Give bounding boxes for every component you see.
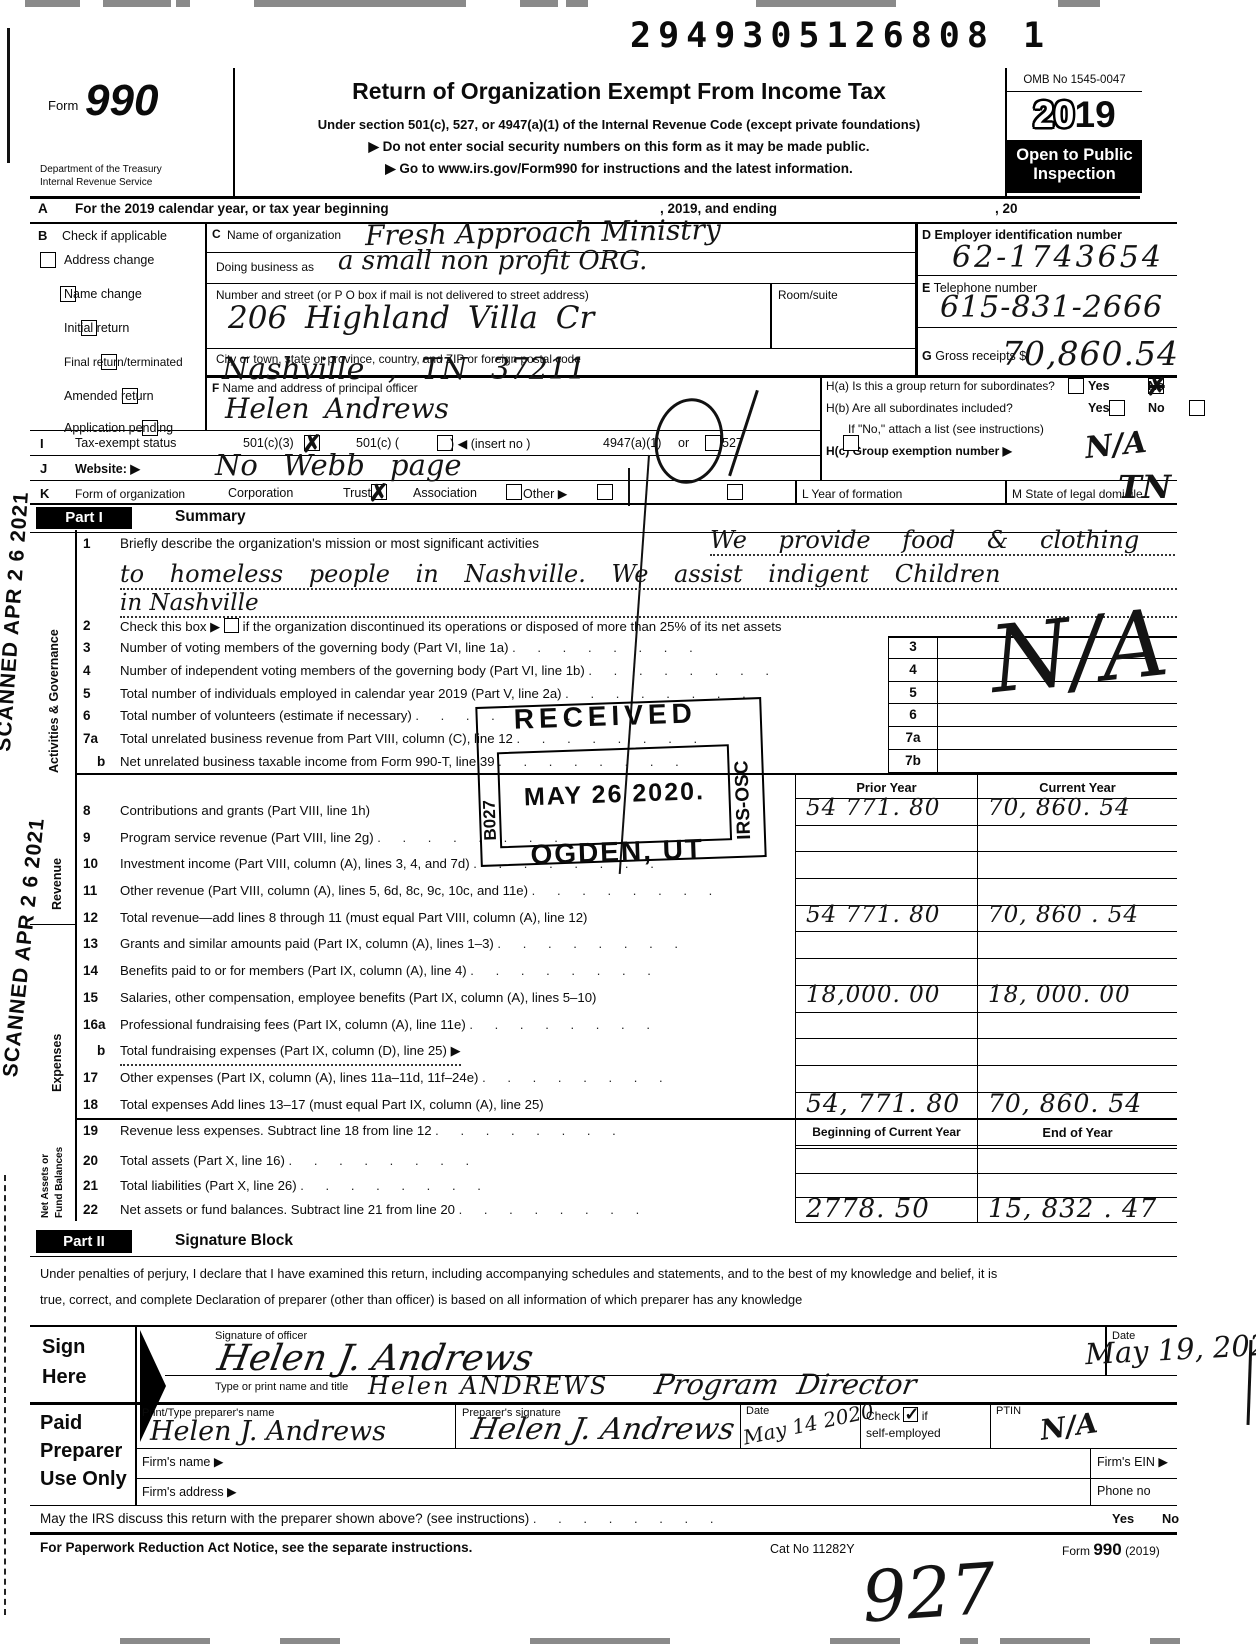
row-box: 6 (888, 704, 938, 727)
preparer-signature-handwritten: Helen J. Andrews (469, 1412, 737, 1447)
divider (990, 1402, 991, 1448)
type-print-label: Type or print name and title (215, 1381, 348, 1393)
tax-year: 2019 (1007, 92, 1142, 141)
stamp-left-code: B027 (479, 770, 501, 841)
form-header: Form 990 Department of the Treasury Inte… (30, 68, 1140, 199)
stamp-city-text: OGDEN, UT (530, 833, 705, 871)
rule (30, 1505, 1177, 1506)
scan-artifact (1058, 0, 1100, 7)
row-box: 7a (888, 727, 938, 750)
firm-address-label: Firm's address ▶ (142, 1484, 237, 1499)
row-box: 7b (888, 750, 938, 773)
col-end-year: End of Year (977, 1120, 1177, 1149)
handwritten-circle-mark (648, 393, 730, 490)
gross-receipts-handwritten: 70,860.54 (1002, 334, 1179, 373)
line1-label: Briefly describe the organization's miss… (120, 536, 539, 551)
title-cell: Return of Organization Exempt From Incom… (233, 68, 1005, 196)
group-exemption-handwritten: N/A (1083, 425, 1148, 466)
divider (915, 222, 918, 375)
scan-artifact (25, 0, 80, 7)
row-num: 5 (75, 682, 120, 705)
divider (1090, 1448, 1091, 1505)
street-value-handwritten: 206 Highland Villa Cr (228, 300, 594, 336)
c-label: Name of organization (227, 228, 341, 242)
type-print-name-handwritten: Helen ANDREWS (368, 1372, 608, 1400)
form-title: Return of Organization Exempt From Incom… (233, 78, 1005, 105)
label-final-return: Final return/terminated (64, 355, 183, 369)
discuss-yes-label: Yes (1112, 1511, 1134, 1526)
line-a-suffix: , 20 (995, 201, 1018, 216)
part2-title: Signature Block (175, 1232, 293, 1250)
governance-na-handwritten: N/A (985, 589, 1173, 714)
net-assets-table: Beginning of Current Year End of Year 20… (75, 1118, 1177, 1223)
officer-date-handwritten: May 19, 2020 (1084, 1327, 1256, 1372)
principal-officer-handwritten: Helen Andrews (225, 392, 449, 425)
handwritten-slash-mark (728, 390, 758, 476)
form-number-cell: Form 990 Department of the Treasury Inte… (30, 68, 235, 196)
label-association: Association (413, 486, 477, 500)
checkbox-hb-yes (1109, 400, 1125, 416)
scan-artifact (1000, 1638, 1090, 1644)
line2-num: 2 (83, 618, 91, 633)
domicile-handwritten: TN (1118, 468, 1171, 506)
sidebar-expenses: Expenses (50, 952, 64, 1092)
divider (820, 375, 822, 480)
scanned-date-stamp: SCANNED APR 2 6 2021 (0, 748, 57, 1079)
checkbox-ha-yes (1068, 378, 1084, 394)
sidebar-net-assets-2: Fund Balances (54, 1128, 65, 1218)
scan-artifact (176, 0, 190, 7)
net-header-row: Beginning of Current Year End of Year (75, 1120, 1177, 1149)
divider (770, 283, 772, 348)
section-b-title: Check if applicable (62, 229, 167, 243)
stray-pen-stroke (628, 468, 630, 506)
label-4947a1: 4947(a)(1) (603, 436, 661, 450)
paperwork-notice: For Paperwork Reduction Act Notice, see … (40, 1540, 472, 1555)
form-number: 990 (85, 76, 158, 126)
checkbox-hb-no (1189, 400, 1205, 416)
hb-yes-label: Yes (1088, 401, 1110, 415)
divider (1005, 481, 1007, 503)
firm-ein-label: Firm's EIN ▶ (1097, 1454, 1168, 1469)
sidebar-net-assets-1: Net Assets or (40, 1128, 51, 1218)
perjury-text-2: true, correct, and complete Declaration … (40, 1292, 1180, 1307)
sign-here-label-2: Here (42, 1366, 86, 1389)
divider (455, 1402, 456, 1448)
net-row: 22Net assets or fund balances. Subtract … (75, 1198, 1177, 1223)
net-row: 20Total assets (Part X, line 16) (75, 1149, 1177, 1174)
if-no-note: If "No," attach a list (see instructions… (848, 422, 1044, 436)
label-application-pending: Application pending (64, 421, 173, 435)
form-subtitle: Under section 501(c), 527, or 4947(a)(1)… (233, 117, 1005, 132)
perjury-text-1: Under penalties of perjury, I declare th… (40, 1266, 1180, 1281)
dba-value-handwritten: a small non profit ORG. (338, 246, 647, 276)
money-row: 16aProfessional fundraising fees (Part I… (75, 1013, 1177, 1040)
col-beginning-year: Beginning of Current Year (795, 1120, 977, 1149)
amount-handwritten: 70, 860. 54 (978, 795, 1131, 821)
scan-artifact (1150, 1638, 1180, 1644)
irs-discuss-question: May the IRS discuss this return with the… (40, 1511, 713, 1526)
label-name-change: Name change (64, 287, 142, 301)
preparer-label: Preparer (40, 1440, 122, 1463)
use-only-label: Use Only (40, 1468, 127, 1491)
scan-artifact (7, 28, 10, 163)
sidebar-revenue: Revenue (50, 800, 64, 910)
rule (205, 283, 915, 284)
scan-artifact (566, 0, 588, 7)
row-value (938, 704, 1177, 727)
tax-year-bold: 19 (1075, 94, 1116, 135)
i-label: Tax-exempt status (75, 436, 176, 450)
row-box: 3 (888, 636, 938, 659)
sign-here-label-1: Sign (42, 1336, 85, 1359)
money-row: 18Total expenses Add lines 13–17 (must e… (75, 1093, 1177, 1120)
money-row: 15Salaries, other compensation, employee… (75, 986, 1177, 1013)
rule (915, 327, 1177, 328)
checkbox-discontinued (224, 618, 239, 633)
checkbox-self-employed (903, 1407, 918, 1422)
row-value (938, 750, 1177, 773)
f-prefix: F (212, 381, 219, 395)
c-prefix: C (212, 227, 221, 241)
label-address-change: Address change (64, 253, 154, 267)
row-num: 3 (75, 636, 120, 659)
rule (915, 275, 1177, 276)
footer-form-id: Form 990 (2019) (1062, 1540, 1160, 1560)
open-line1: Open to Public (1007, 141, 1142, 165)
row-box: 5 (888, 682, 938, 705)
page-number-handwritten: 927 (859, 1547, 998, 1638)
phone-handwritten: 615-831-2666 (940, 290, 1163, 325)
preparer-date-label: Date (746, 1405, 769, 1417)
k-label: Form of organization (75, 487, 185, 501)
checkbox-trust (506, 484, 522, 500)
ptin-handwritten: N/A (1038, 1406, 1100, 1447)
amount-handwritten: 54 771. 80 (796, 795, 940, 821)
label-corporation: Corporation (228, 486, 293, 500)
scan-artifact (520, 0, 558, 7)
checkbox-corporation (371, 484, 387, 500)
checkbox-other (727, 484, 743, 500)
label-initial-return: Initial return (64, 321, 129, 335)
open-line2: Inspection (1007, 165, 1142, 184)
form-word: Form (48, 98, 78, 113)
l-label: L Year of formation (802, 487, 902, 501)
ha-label: H(a) Is this a group return for subordin… (826, 379, 1055, 393)
ptin-label: PTIN (996, 1405, 1021, 1417)
row-value (938, 727, 1177, 750)
firm-name-label: Firm's name ▶ (142, 1454, 223, 1469)
stamp-date-text: MAY 26 2020. (499, 746, 730, 842)
row-box: 4 (888, 659, 938, 682)
type-print-title-handwritten: Program Director (652, 1368, 919, 1401)
scan-artifact (120, 1638, 210, 1644)
catalog-number: Cat No 11282Y (770, 1542, 855, 1556)
line-a-text: For the 2019 calendar year, or tax year … (75, 201, 389, 216)
imaging-barcode-number: 2949305126808 1 (630, 16, 1051, 56)
open-to-public-badge: Open to Public Inspection (1007, 141, 1142, 193)
scan-artifact (254, 0, 466, 7)
row-num: b (75, 750, 120, 773)
scan-artifact (830, 1638, 900, 1644)
row-num: 7a (75, 727, 120, 750)
scan-artifact (960, 1638, 978, 1644)
divider (795, 481, 797, 503)
rule (205, 348, 915, 349)
label-trust: Trust (343, 486, 371, 500)
self-employed-check: Check if (866, 1407, 928, 1423)
part2-tag: Part II (36, 1230, 132, 1253)
stamp-right-code: IRS-OSC (730, 729, 756, 840)
rule (135, 1478, 1177, 1479)
hb-label: H(b) Are all subordinates included? (826, 401, 1013, 415)
row-label: Number of voting members of the governin… (120, 636, 693, 659)
phone-no-label: Phone no (1097, 1484, 1151, 1498)
irs-received-stamp: RECEIVED MAY 26 2020. B027 IRS-OSC OGDEN… (475, 697, 766, 867)
form-bullet1: ▶ Do not enter social security numbers o… (233, 139, 1005, 155)
scan-artifact (280, 1638, 340, 1644)
j-prefix: J (40, 461, 47, 476)
checkbox-association (597, 484, 613, 500)
part1-title: Summary (175, 508, 246, 526)
line-a-prefix: A (38, 201, 48, 216)
paid-label: Paid (40, 1412, 82, 1435)
dept-line1: Department of the Treasury (40, 164, 162, 175)
scan-artifact (756, 0, 896, 7)
line1-num: 1 (83, 536, 91, 551)
part1-tag: Part I (36, 507, 132, 529)
divider (135, 1402, 137, 1505)
section-b-checklist: B Check if applicable Address change Nam… (30, 222, 205, 430)
ha-yes-label: Yes (1088, 379, 1110, 393)
rule (30, 1325, 1177, 1327)
scanned-date-stamp: SCANNED APR 2 6 2021 (0, 432, 38, 753)
label-amended-return: Amended return (64, 389, 154, 403)
room-suite-label: Room/suite (778, 288, 838, 302)
dba-label: Doing business as (216, 260, 314, 274)
money-row: 12Total revenue—add lines 8 through 11 (… (75, 906, 1177, 933)
j-label: Website: ▶ (75, 461, 140, 476)
row-label: Number of independent voting members of … (120, 659, 769, 682)
line2-text: Check this box ▶ if the organization dis… (120, 618, 781, 635)
section-b-prefix: B (38, 228, 47, 243)
discuss-no-label: No (1162, 1511, 1179, 1526)
scan-artifact (530, 1638, 670, 1644)
website-handwritten: No Webb page (215, 448, 462, 482)
row-num: 6 (75, 704, 120, 727)
k-prefix: K (40, 486, 49, 501)
scan-artifact (4, 1175, 6, 1615)
omb-cell: OMB No 1545-0047 2019 Open to Public Ins… (1005, 68, 1142, 196)
ein-handwritten: 62-1743654 (952, 240, 1164, 275)
divider (135, 1325, 137, 1402)
label-other: Other ▶ (523, 486, 567, 501)
scan-artifact (103, 0, 171, 7)
dept-line2: Internal Revenue Service (40, 177, 152, 188)
ha-no-label: No (1148, 379, 1165, 393)
mission-text-2: to homeless people in Nashville. We assi… (120, 552, 1177, 590)
form-990-scanned-page: 2949305126808 1 Form 990 Department of t… (0, 0, 1256, 1649)
rule (135, 1448, 1177, 1449)
label-insert-no: ) ◀ (insert no ) (450, 436, 530, 451)
checkbox-address-change (40, 252, 56, 268)
tax-year-outline: 20 (1033, 94, 1074, 135)
omb-number: OMB No 1545-0047 (1007, 74, 1142, 92)
stamp-received-text: RECEIVED (513, 697, 697, 735)
sidebar-activities-governance: Activities & Governance (47, 548, 61, 773)
i-prefix: I (40, 436, 44, 451)
money-row: 13Grants and similar amounts paid (Part … (75, 932, 1177, 959)
hb-no-label: No (1148, 401, 1165, 415)
form-bullet2: ▶ Go to www.irs.gov/Form990 for instruct… (233, 161, 1005, 177)
self-employed-label: self-employed (866, 1426, 941, 1440)
checkbox-527 (843, 435, 859, 451)
money-row: bTotal fundraising expenses (Part IX, co… (75, 1039, 1177, 1066)
rule (30, 1532, 1177, 1535)
row-num: 4 (75, 659, 120, 682)
part2-header-bar: Part II Signature Block (30, 1228, 1177, 1257)
preparer-name-handwritten: Helen J. Andrews (150, 1416, 386, 1447)
